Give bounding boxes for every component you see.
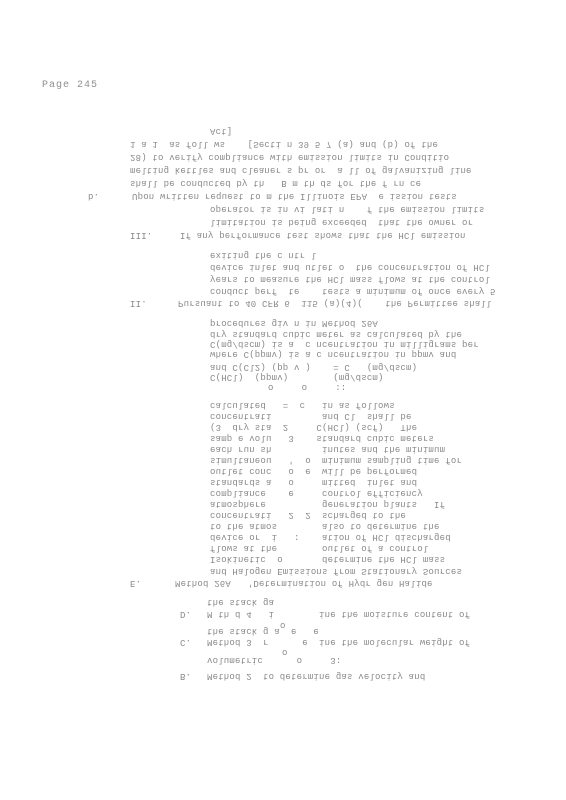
text-line: (3 dry sta 2 C(HCl) (scf) The <box>210 422 417 432</box>
text-line: Pursuant to 40 CFR 6 115 (a)(4)( the Per… <box>178 298 492 308</box>
text-line: 28) to verify compliance with emission l… <box>130 152 449 162</box>
text-line: where C(ppmv) is a c ncentration in ppmv… <box>210 349 456 359</box>
text-line: o o :: <box>268 382 346 392</box>
text-line: operator is in vi lati n f the emission … <box>210 204 484 214</box>
text-line: Upon written request to m the Illinois E… <box>132 191 457 201</box>
text-line: standards a o mitted inlet and <box>210 477 417 487</box>
text-line: B. <box>180 671 191 681</box>
mirrored-text-block: Act]1 a 1 as foll ws [Secti n 39 5 7 (a)… <box>0 0 566 800</box>
text-line: simultaneou ' o minimum sampling time fo… <box>210 455 462 465</box>
text-line: samp e volu 3 standard cubic meters <box>210 433 434 443</box>
text-line: device or i : ation of HCl discharged <box>210 532 451 542</box>
text-line: device inlet and utlet o the concentrati… <box>210 262 490 272</box>
text-line: concentrati and Cl shall be <box>210 411 412 421</box>
text-line: outlet conc o e will be performed <box>210 466 417 476</box>
text-line: D. <box>180 609 191 619</box>
text-line: and C(Cl2) (pp v ) = C (mg/dscm) <box>210 362 417 372</box>
text-line: C. <box>180 637 191 647</box>
text-line: compliance e control efficiency <box>210 488 423 498</box>
text-line: calculated = c in as follows <box>210 400 395 410</box>
text-line: 1 a 1 as foll ws [Secti n 39 5 7 (a) and… <box>130 139 438 149</box>
text-line: shall be conducted by th B m th ds for t… <box>130 178 421 188</box>
text-line: exiting the c ntr l <box>210 250 316 260</box>
text-line: the stack ga <box>207 597 274 607</box>
text-line: Isokinetic o determine the HCl mass <box>210 554 445 564</box>
text-line: volumetric o 3: <box>207 655 341 665</box>
text-line: E. <box>130 578 141 588</box>
text-line: C(mg/dscm) is a c ncentration in milligr… <box>210 339 479 349</box>
text-line: Method 26A 'Determination of Hydr gen Ha… <box>175 578 433 588</box>
text-line: dry standard cubic meter as calculated b… <box>210 329 462 339</box>
text-line: atmosphere generation plants If <box>210 499 445 509</box>
text-line: concentrati 2 2 scharged to the <box>210 510 406 520</box>
text-line: the stack g a e e <box>207 626 319 636</box>
text-line: III. <box>130 230 152 240</box>
text-line: M th d 4 i ine the moisture content of <box>207 609 470 619</box>
text-line: b. <box>88 191 99 201</box>
text-line: procedures giv n in Method 26A <box>210 318 378 328</box>
text-line: Method 3 r e ine the molecular weight of <box>207 637 470 647</box>
text-line: limitation is being exceeded that the ow… <box>210 217 473 227</box>
text-line: conduct perf te tests a minimum of once … <box>210 286 496 296</box>
text-line: melting kettles and cleaner s pr or a ll… <box>130 165 472 175</box>
text-line: Act] <box>210 126 232 136</box>
text-line: C(HCl) (ppmv) (mg/dscm) <box>210 372 384 382</box>
text-line: and Halogen Emissions from Stationary So… <box>210 566 462 576</box>
text-line: to the atmos also to determine the <box>210 521 440 531</box>
text-line: If any performance test shows that the H… <box>180 230 466 240</box>
scanned-document-page: Page 245 Act]1 a 1 as foll ws [Secti n 3… <box>0 0 566 800</box>
text-line: each run sh inutes and the minimum <box>210 444 445 454</box>
text-line: flows at the outlet of a control <box>210 543 428 553</box>
text-line: years to measure the HCl mass flows at t… <box>210 274 490 284</box>
text-line: Method 2 to determine gas velocity and <box>207 671 425 681</box>
text-line: II. <box>130 298 147 308</box>
